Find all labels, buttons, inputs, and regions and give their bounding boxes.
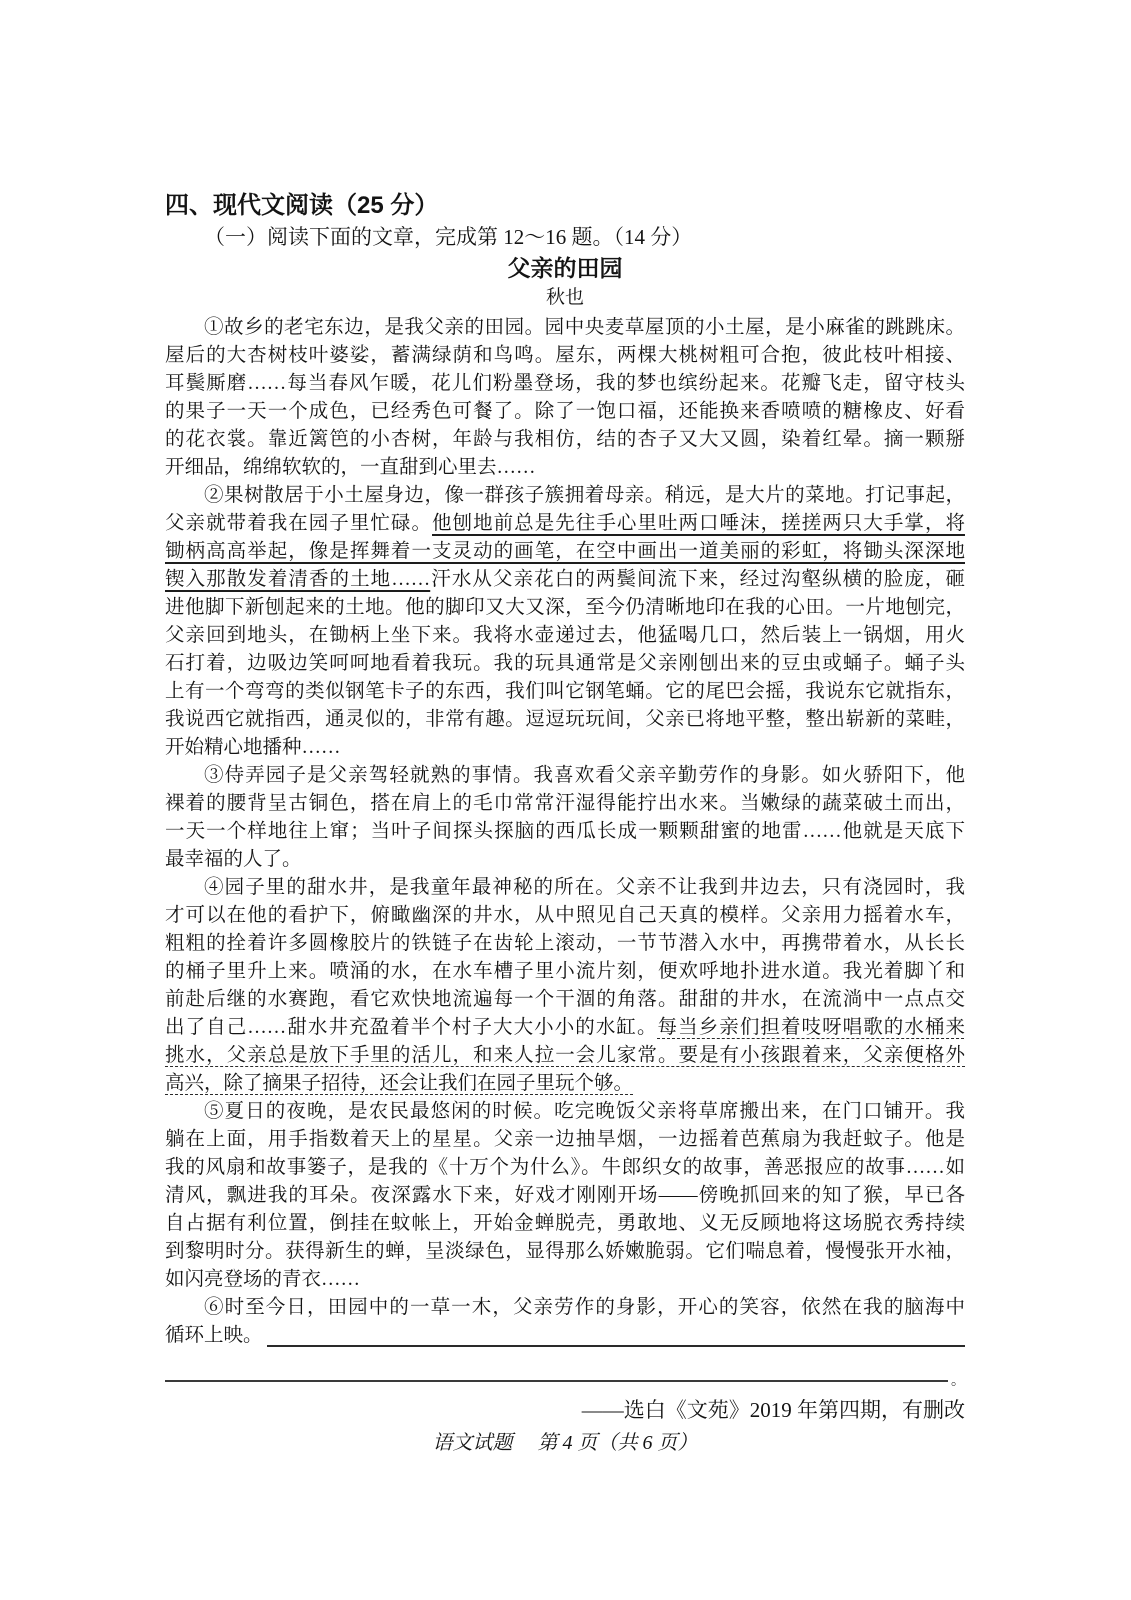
source-attribution: ——选白《文苑》2019 年第四期，有删改 (165, 1395, 965, 1425)
text-segment: 父亲回到地头，在锄柄上坐下来。我将水壶递过去，他猛喝几口，然后装上一锅烟，用火 (165, 625, 965, 646)
text-line: 开细品，绵绵软软的，一直甜到心里去…… (165, 454, 965, 482)
underlined-segment-solid: 他刨地前总是先往手心里吐两口唾沫，搓搓两只大手掌，将 (432, 513, 965, 534)
text-line: 屋后的大杏树枝叶婆娑，蓄满绿荫和鸟鸣。屋东，两棵大桃树粗可合抱，彼此枝叶相接、 (165, 342, 965, 370)
text-segment: 汗水从父亲花白的两鬓间流下来，经过沟壑纵横的脸庞，砸 (430, 569, 965, 590)
text-line: 躺在上面，用手指数着天上的星星。父亲一边抽旱烟，一边摇着芭蕉扇为我赶蚊子。他是 (165, 1126, 965, 1154)
text-segment: 最幸福的人了。 (165, 849, 302, 870)
text-line: 父亲就带着我在园子里忙碌。他刨地前总是先往手心里吐两口唾沫，搓搓两只大手掌，将 (165, 510, 965, 538)
text-line: ②果树散居于小土屋身边，像一群孩子簇拥着母亲。稍远，是大片的菜地。打记事起， (165, 482, 965, 510)
text-line: 的桶子里升上来。喷涌的水，在水车槽子里小流片刻，便欢呼地扑进水道。我光着脚丫和 (165, 958, 965, 986)
text-segment: 我的风扇和故事篓子，是我的《十万个为什么》。牛郎织女的故事，善恶报应的故事……如 (165, 1157, 965, 1178)
text-line: 开始精心地播种…… (165, 734, 965, 762)
text-line: ④园子里的甜水井，是我童年最神秘的所在。父亲不让我到井边去，只有浇园时，我 (165, 874, 965, 902)
text-line: 如闪亮登场的青衣…… (165, 1266, 965, 1294)
text-segment: ⑥时至今日，田园中的一草一木，父亲劳作的身影，开心的笑容，依然在我的脑海中 (204, 1297, 965, 1318)
text-segment: 石打着，边吸边笑呵呵地看着我玩。我的玩具通常是父亲刚刨出来的豆虫或蛹子。蛹子头 (165, 653, 965, 674)
text-segment: ②果树散居于小土屋身边，像一群孩子簇拥着母亲。稍远，是大片的菜地。打记事起， (204, 485, 965, 506)
text-line: 石打着，边吸边笑呵呵地看着我玩。我的玩具通常是父亲刚刨出来的豆虫或蛹子。蛹子头 (165, 650, 965, 678)
paragraph: ⑤夏日的夜晚，是农民最悠闲的时候。吃完晚饭父亲将草席搬出来，在门口铺开。我躺在上… (165, 1098, 965, 1294)
exam-page: 四、现代文阅读（25 分） （一）阅读下面的文章，完成第 12～16 题。（14… (0, 0, 1131, 1600)
underlined-segment-solid: 锲入那散发着清香的土地…… (165, 569, 430, 590)
answer-blank-line (267, 1345, 965, 1347)
answer-rule-line (165, 1380, 948, 1382)
paragraph: ②果树散居于小土屋身边，像一群孩子簇拥着母亲。稍远，是大片的菜地。打记事起，父亲… (165, 482, 965, 762)
text-segment: 进他脚下新刨起来的土地。他的脚印又大又深，至今仍清晰地印在我的心田。一片地刨完， (165, 597, 965, 618)
text-line: ③侍弄园子是父亲驾轻就熟的事情。我喜欢看父亲辛勤劳作的身影。如火骄阳下，他 (165, 762, 965, 790)
text-segment: 我说西它就指西，通灵似的，非常有趣。逗逗玩玩间，父亲已将地平整，整出崭新的菜畦， (165, 709, 965, 730)
text-line: 最幸福的人了。 (165, 846, 965, 874)
paragraph: ④园子里的甜水井，是我童年最神秘的所在。父亲不让我到井边去，只有浇园时，我才可以… (165, 874, 965, 1098)
text-line: 裸着的腰背呈古铜色，搭在肩上的毛巾常常汗湿得能拧出水来。当嫩绿的蔬菜破土而出， (165, 790, 965, 818)
underlined-segment-dashed: 挑水，父亲总是放下手里的活儿，和来人拉一会儿家常。要是有小孩跟着来，父亲便格外 (165, 1045, 965, 1066)
text-line: 的花衣裳。靠近篱笆的小杏树，年龄与我相仿，结的杏子又大又圆，染着红晕。摘一颗掰 (165, 426, 965, 454)
text-segment: 耳鬓厮磨……每当春风乍暖，花儿们粉墨登场，我的梦也缤纷起来。花瓣飞走，留守枝头 (165, 373, 965, 394)
text-line: 才可以在他的看护下，俯瞰幽深的井水，从中照见自己天真的模样。父亲用力摇着水车， (165, 902, 965, 930)
text-line: 前赴后继的水赛跑，看它欢快地流遍每一个干涸的角落。甜甜的井水，在流淌中一点点交 (165, 986, 965, 1014)
text-segment: 上有一个弯弯的类似钢笔卡子的东西，我们叫它钢笔蛹。它的尾巴会摇，我说东它就指东， (165, 681, 965, 702)
text-segment: 开始精心地播种…… (165, 737, 341, 758)
text-segment: 父亲就带着我在园子里忙碌。 (165, 513, 432, 534)
text-line: ①故乡的老宅东边，是我父亲的田园。园中央麦草屋顶的小土屋，是小麻雀的跳跳床。 (165, 314, 965, 342)
text-segment: 粗粗的拴着许多圆橡胶片的铁链子在齿轮上滚动，一节节潜入水中，再携带着水，从长长 (165, 933, 965, 954)
text-segment: 到黎明时分。获得新生的蝉，呈淡绿色，显得那么娇嫩脆弱。它们喘息着，慢慢张开水袖， (165, 1241, 965, 1262)
text-line: 粗粗的拴着许多圆橡胶片的铁链子在齿轮上滚动，一节节潜入水中，再携带着水，从长长 (165, 930, 965, 958)
text-segment: 的桶子里升上来。喷涌的水，在水车槽子里小流片刻，便欢呼地扑进水道。我光着脚丫和 (165, 961, 965, 982)
text-line: 清风，飘进我的耳朵。夜深露水下来，好戏才刚刚开场——傍晚抓回来的知了猴，早已各 (165, 1182, 965, 1210)
content-column: 四、现代文阅读（25 分） （一）阅读下面的文章，完成第 12～16 题。（14… (165, 190, 965, 1457)
essay-title: 父亲的田园 (165, 252, 965, 284)
text-segment: 才可以在他的看护下，俯瞰幽深的井水，从中照见自己天真的模样。父亲用力摇着水车， (165, 905, 965, 926)
underlined-segment-solid: 锄柄高高举起，像是挥舞着一支灵动的画笔，在空中画出一道美丽的彩虹，将锄头深深地 (165, 541, 965, 562)
text-segment: 清风，飘进我的耳朵。夜深露水下来，好戏才刚刚开场——傍晚抓回来的知了猴，早已各 (165, 1185, 965, 1206)
text-segment: 开细品，绵绵软软的，一直甜到心里去…… (165, 457, 536, 478)
text-line: 锄柄高高举起，像是挥舞着一支灵动的画笔，在空中画出一道美丽的彩虹，将锄头深深地 (165, 538, 965, 566)
text-segment: 的花衣裳。靠近篱笆的小杏树，年龄与我相仿，结的杏子又大又圆，染着红晕。摘一颗掰 (165, 429, 965, 450)
page-footer: 语文试题 第 4 页（共 6 页） (165, 1429, 965, 1457)
underlined-segment-dashed: 每当乡亲们担着吱呀唱歌的水桶来 (658, 1017, 965, 1038)
text-line: 循环上映。 (165, 1322, 965, 1350)
text-line: 进他脚下新刨起来的土地。他的脚印又大又深，至今仍清晰地印在我的心田。一片地刨完， (165, 594, 965, 622)
text-line: 的果子一天一个成色，已经秀色可餐了。除了一饱口福，还能换来香喷喷的糖橡皮、好看 (165, 398, 965, 426)
text-line: 耳鬓厮磨……每当春风乍暖，花儿们粉墨登场，我的梦也缤纷起来。花瓣飞走，留守枝头 (165, 370, 965, 398)
text-segment: 循环上映。 (165, 1322, 263, 1350)
text-line: 到黎明时分。获得新生的蝉，呈淡绿色，显得那么娇嫩脆弱。它们喘息着，慢慢张开水袖， (165, 1238, 965, 1266)
text-line: 我的风扇和故事篓子，是我的《十万个为什么》。牛郎织女的故事，善恶报应的故事……如 (165, 1154, 965, 1182)
text-line: 锲入那散发着清香的土地……汗水从父亲花白的两鬓间流下来，经过沟壑纵横的脸庞，砸 (165, 566, 965, 594)
text-segment: ⑤夏日的夜晚，是农民最悠闲的时候。吃完晚饭父亲将草席搬出来，在门口铺开。我 (204, 1101, 965, 1122)
text-segment: 屋后的大杏树枝叶婆娑，蓄满绿荫和鸟鸣。屋东，两棵大桃树粗可合抱，彼此枝叶相接、 (165, 345, 965, 366)
text-segment: 一天一个样地往上窜；当叶子间探头探脑的西瓜长成一颗颗甜蜜的地雷……他就是天底下 (165, 821, 965, 842)
text-segment: 自占据有利位置，倒挂在蚊帐上，开始金蝉脱壳，勇敢地、义无反顾地将这场脱衣秀持续 (165, 1213, 965, 1234)
paragraph: ③侍弄园子是父亲驾轻就熟的事情。我喜欢看父亲辛勤劳作的身影。如火骄阳下，他裸着的… (165, 762, 965, 874)
paragraph: ⑥时至今日，田园中的一草一木，父亲劳作的身影，开心的笑容，依然在我的脑海中循环上… (165, 1294, 965, 1350)
text-segment: ③侍弄园子是父亲驾轻就熟的事情。我喜欢看父亲辛勤劳作的身影。如火骄阳下，他 (204, 765, 965, 786)
essay-body: ①故乡的老宅东边，是我父亲的田园。园中央麦草屋顶的小土屋，是小麻雀的跳跳床。屋后… (165, 314, 965, 1350)
text-line: 自占据有利位置，倒挂在蚊帐上，开始金蝉脱壳，勇敢地、义无反顾地将这场脱衣秀持续 (165, 1210, 965, 1238)
text-line: 我说西它就指西，通灵似的，非常有趣。逗逗玩玩间，父亲已将地平整，整出崭新的菜畦， (165, 706, 965, 734)
text-segment: ①故乡的老宅东边，是我父亲的田园。园中央麦草屋顶的小土屋，是小麻雀的跳跳床。 (204, 317, 965, 338)
text-segment: 的果子一天一个成色，已经秀色可餐了。除了一饱口福，还能换来香喷喷的糖橡皮、好看 (165, 401, 965, 422)
sentence-end-mark: 。 (951, 1375, 965, 1389)
text-segment: 如闪亮登场的青衣…… (165, 1269, 360, 1290)
text-segment: ④园子里的甜水井，是我童年最神秘的所在。父亲不让我到井边去，只有浇园时，我 (204, 877, 965, 898)
underlined-segment-dashed: 高兴，除了摘果子招待，还会让我们在园子里玩个够。 (165, 1073, 633, 1094)
essay-author: 秋也 (165, 284, 965, 311)
text-line: 上有一个弯弯的类似钢笔卡子的东西，我们叫它钢笔蛹。它的尾巴会摇，我说东它就指东， (165, 678, 965, 706)
reading-instruction: （一）阅读下面的文章，完成第 12～16 题。（14 分） (165, 222, 965, 252)
paragraph: ①故乡的老宅东边，是我父亲的田园。园中央麦草屋顶的小土屋，是小麻雀的跳跳床。屋后… (165, 314, 965, 482)
answer-line-row: 。 (165, 1375, 965, 1389)
text-line: 挑水，父亲总是放下手里的活儿，和来人拉一会儿家常。要是有小孩跟着来，父亲便格外 (165, 1042, 965, 1070)
text-line: 高兴，除了摘果子招待，还会让我们在园子里玩个够。 (165, 1070, 965, 1098)
text-segment: 前赴后继的水赛跑，看它欢快地流遍每一个干涸的角落。甜甜的井水，在流淌中一点点交 (165, 989, 965, 1010)
text-line: 一天一个样地往上窜；当叶子间探头探脑的西瓜长成一颗颗甜蜜的地雷……他就是天底下 (165, 818, 965, 846)
text-segment: 裸着的腰背呈古铜色，搭在肩上的毛巾常常汗湿得能拧出水来。当嫩绿的蔬菜破土而出， (165, 793, 965, 814)
section-heading: 四、现代文阅读（25 分） (165, 190, 965, 222)
text-line: ⑤夏日的夜晚，是农民最悠闲的时候。吃完晚饭父亲将草席搬出来，在门口铺开。我 (165, 1098, 965, 1126)
text-line: 出了自己……甜水井充盈着半个村子大大小小的水缸。每当乡亲们担着吱呀唱歌的水桶来 (165, 1014, 965, 1042)
text-segment: 出了自己……甜水井充盈着半个村子大大小小的水缸。 (165, 1017, 658, 1038)
text-line: 父亲回到地头，在锄柄上坐下来。我将水壶递过去，他猛喝几口，然后装上一锅烟，用火 (165, 622, 965, 650)
text-line: ⑥时至今日，田园中的一草一木，父亲劳作的身影，开心的笑容，依然在我的脑海中 (165, 1294, 965, 1322)
text-segment: 躺在上面，用手指数着天上的星星。父亲一边抽旱烟，一边摇着芭蕉扇为我赶蚊子。他是 (165, 1129, 965, 1150)
